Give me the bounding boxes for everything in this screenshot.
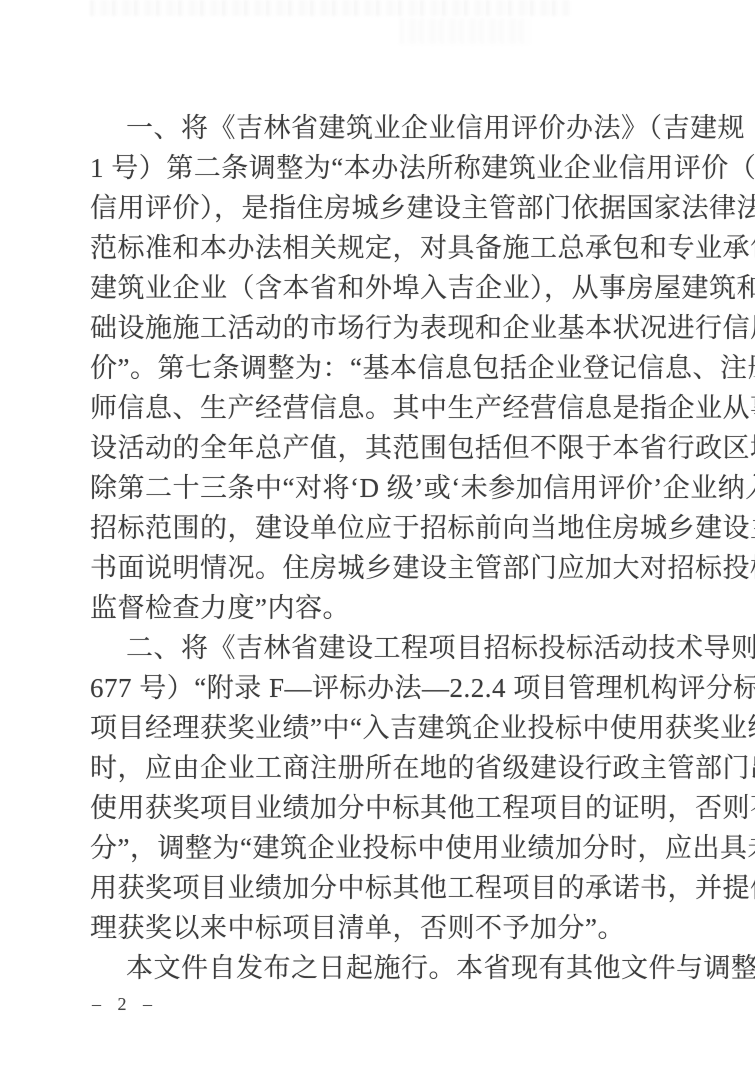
text-line: 招标范围的，建设单位应于招标前向当地住房城乡建设主管部门	[90, 508, 664, 548]
text-line: 本文件自发布之日起施行。本省现有其他文件与调整内容不	[90, 948, 664, 988]
text-line: 1 号）第二条调整为“本办法所称建筑业企业信用评价（以下称	[90, 148, 664, 188]
text-line: 师信息、生产经营信息。其中生产经营信息是指企业从事工程建	[90, 388, 664, 428]
text-line: 677 号）“附录 F—评标办法—2.2.4 项目管理机构评分标准—	[90, 668, 664, 708]
text-line: 时，应由企业工商注册所在地的省级建设行政主管部门出具未曾	[90, 748, 664, 788]
text-line: 除第二十三条中“对将‘D 级’或‘未参加信用评价’企业纳入	[90, 468, 664, 508]
text-line: 二、将《吉林省建设工程项目招标投标活动技术导则》（第	[90, 628, 664, 668]
text-line: 项目经理获奖业绩”中“入吉建筑企业投标中使用获奖业绩加分	[90, 708, 664, 748]
scan-artifact	[400, 18, 530, 44]
page-number: – 2 –	[92, 994, 158, 1015]
document-body: 一、将《吉林省建筑业企业信用评价办法》（吉建规〔2025〕 1 号）第二条调整为…	[90, 108, 664, 988]
text-line: 用获奖项目业绩加分中标其他工程项目的承诺书，并提供项目经	[90, 868, 664, 908]
text-line: 础设施施工活动的市场行为表现和企业基本状况进行信用评	[90, 308, 664, 348]
text-line: 监督检查力度”内容。	[90, 588, 664, 628]
scanned-document-page: 一、将《吉林省建筑业企业信用评价办法》（吉建规〔2025〕 1 号）第二条调整为…	[0, 0, 755, 1071]
text-line: 分”，调整为“建筑企业投标中使用业绩加分时，应出具未曾使	[90, 828, 664, 868]
text-line: 范标准和本办法相关规定，对具备施工总承包和专业承包资质的	[90, 228, 664, 268]
text-line: 信用评价），是指住房城乡建设主管部门依据国家法律法规、规	[90, 188, 664, 228]
text-line: 书面说明情况。住房城乡建设主管部门应加大对招标投标工作的	[90, 548, 664, 588]
text-line: 一、将《吉林省建筑业企业信用评价办法》（吉建规〔2025〕	[90, 108, 664, 148]
text-line: 理获奖以来中标项目清单，否则不予加分”。	[90, 908, 664, 948]
text-line: 设活动的全年总产值，其范围包括但不限于本省行政区域”。删	[90, 428, 664, 468]
text-line: 价”。第七条调整为：“基本信息包括企业登记信息、注册建造	[90, 348, 664, 388]
text-line: 使用获奖项目业绩加分中标其他工程项目的证明，否则不予加	[90, 788, 664, 828]
scan-artifact	[90, 0, 570, 16]
text-line: 建筑业企业（含本省和外埠入吉企业），从事房屋建筑和市政基	[90, 268, 664, 308]
